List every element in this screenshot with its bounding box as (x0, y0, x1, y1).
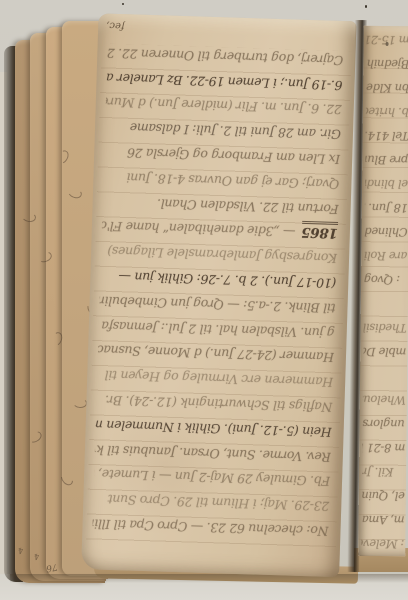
handwritten-fragment: Bjednih'l (366, 52, 408, 76)
handwritten-fragment: el blinding (365, 172, 408, 196)
right-page: : Meleve m, Amam el, Quin Kil. Jr m 8-21… (358, 26, 408, 556)
wall-speck (122, 3, 124, 5)
handwritten-fragment: are Rolin (364, 244, 407, 268)
left-page: fec, No: checelnu 62 23. — Cpro Cpa til … (81, 13, 356, 577)
handwritten-fragment: : Meleve (361, 532, 404, 556)
handwritten-fragment: m, Amam (361, 508, 404, 532)
handwritten-fragment: Chlinederj (364, 220, 407, 244)
notebook-photo-scene: 4 4 76 fec, No: checelnu 62 23. — Cpro C… (0, 0, 408, 600)
handwritten-fragment (364, 292, 407, 316)
book-contact-shadow (10, 574, 408, 583)
handwritten-text-block: : Meleve m, Amam el, Quin Kil. Jr m 8-21… (361, 28, 408, 556)
handwritten-fragment: Kil. Jr (362, 460, 405, 484)
handwritten-fragment: 18 Jun. 22 (365, 196, 408, 220)
corner-inscription: fec, (106, 20, 125, 32)
handwritten-fragment: Whelous (363, 388, 406, 412)
handwritten-fragment: el, Quin (362, 484, 405, 508)
handwritten-fragment (363, 364, 406, 388)
wall-speck (365, 5, 367, 8)
handwritten-fragment: b. hritede (366, 100, 408, 124)
handwritten-text-block: No: checelnu 62 23. — Cpro Cpa til Illim… (92, 40, 343, 543)
handwritten-fragment: Thedisilar (363, 316, 406, 340)
handwritten-line: — „3die danehibalen“ hame Fl'om: (102, 218, 296, 240)
year-heading: 1865 (301, 221, 338, 241)
handwritten-fragment: mble Dado (363, 340, 406, 364)
handwritten-fragment: m 8-21 by (362, 436, 405, 460)
handwritten-fragment: : Qvog (364, 268, 407, 292)
handwritten-fragment: bn Klden (366, 76, 408, 100)
handwritten-fragment: pre Blum (365, 148, 408, 172)
handwritten-fragment: m 15-21m (367, 28, 408, 52)
handwritten-fragment: unglors (362, 412, 405, 436)
handwritten-fragment: Tel 414. (365, 124, 408, 148)
